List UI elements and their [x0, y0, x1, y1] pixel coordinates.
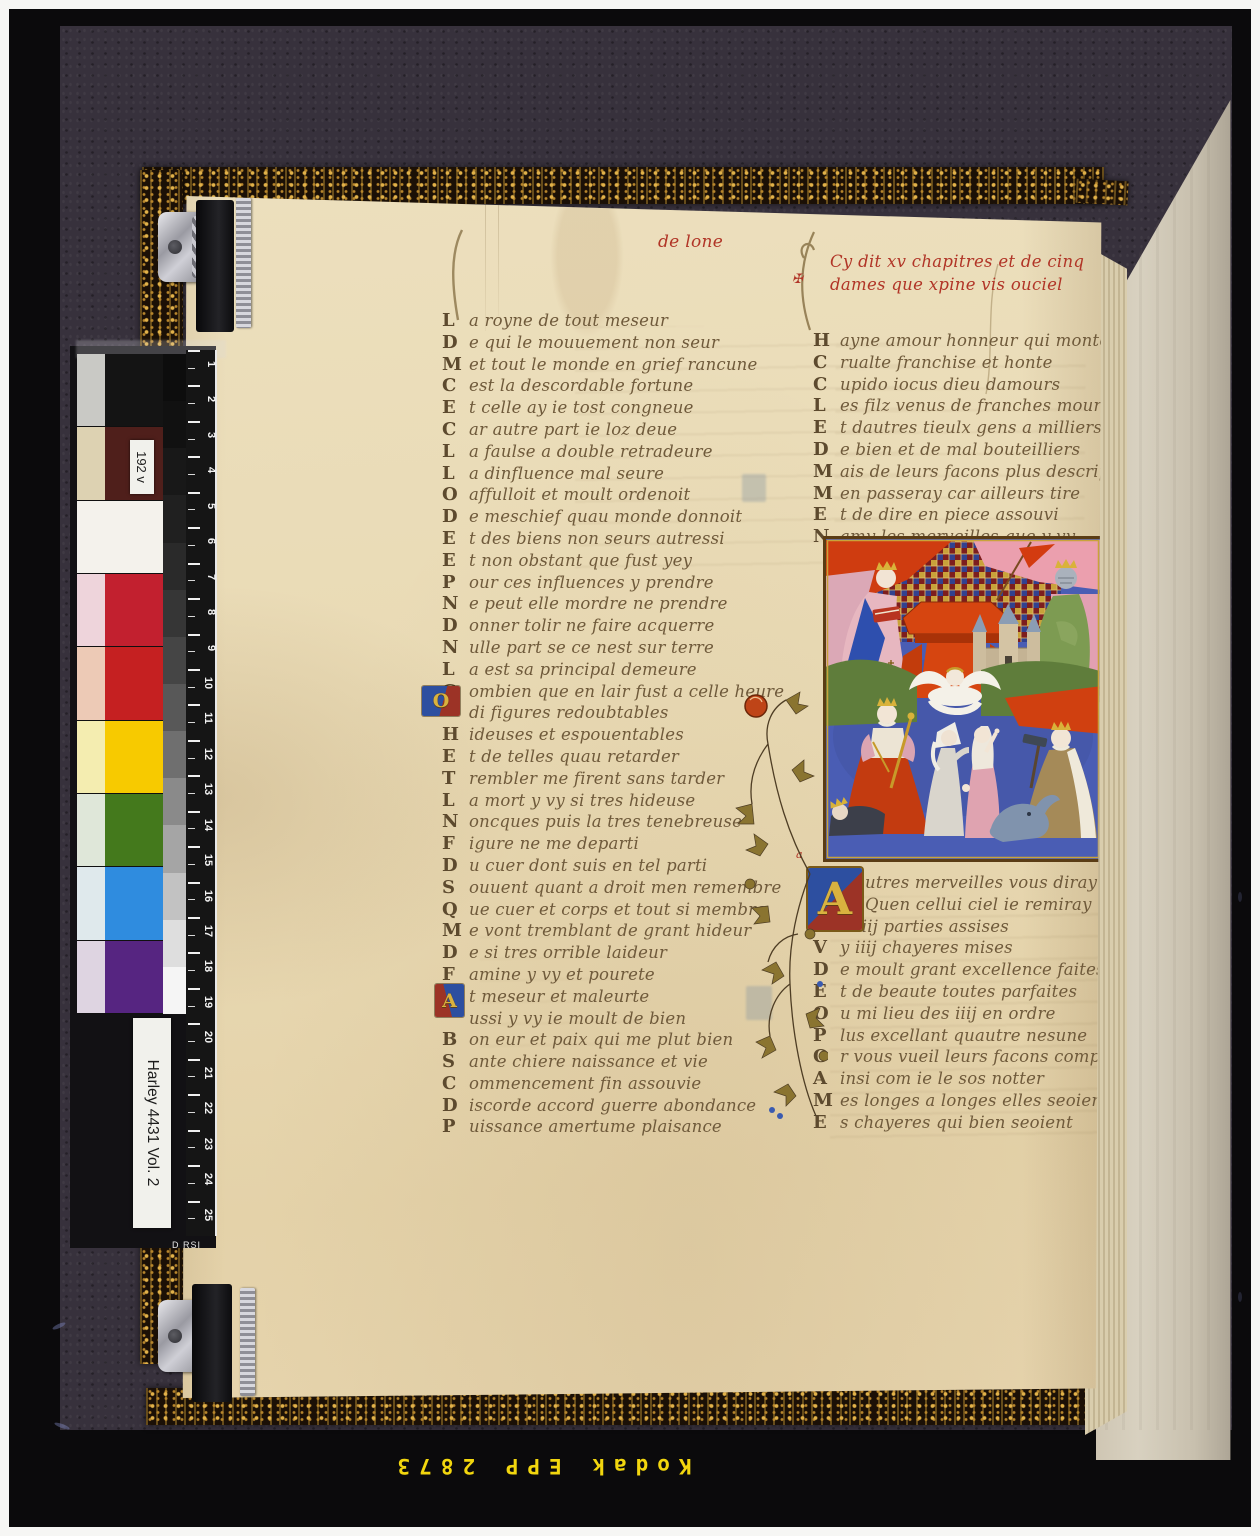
greyscale-step — [163, 684, 186, 731]
verse-text: e bien et de mal bouteilliers — [840, 439, 1080, 461]
verse-initial: L — [442, 310, 469, 332]
verse-initial: N — [442, 637, 469, 659]
verse-line: Crualte franchise et honte — [813, 352, 1103, 374]
ruler-unit: 23 — [186, 1130, 215, 1165]
verse-initial: S — [442, 877, 469, 899]
verse-initial: C — [442, 375, 469, 397]
verse-initial: D — [442, 942, 469, 964]
shelfmark-label: Harley 4431 Vol. 2 — [133, 1018, 171, 1228]
ruler-number: 20 — [202, 1031, 214, 1043]
verse-text: utres merveilles vous diray — [865, 872, 1097, 894]
verse-line: Car autre part ie loz deue — [442, 419, 802, 441]
ruler-footer-label: D RSI — [172, 1240, 201, 1250]
ruler-number: 4 — [205, 467, 217, 473]
verse-initial: M — [813, 461, 840, 483]
ruler-number: 13 — [202, 783, 214, 795]
verse-line: Nulle part se ce nest sur terre — [442, 637, 802, 659]
verse-text: es filz venus de franches mours — [840, 395, 1110, 417]
verse-initial: D — [442, 1095, 469, 1117]
greyscale-step — [163, 401, 186, 448]
verse-line: Et non obstant que fust yey — [442, 550, 802, 572]
color-patch-pale — [77, 647, 105, 720]
ruler-unit: 22 — [186, 1094, 215, 1129]
verse-line: Et dautres tieulx gens a milliers — [813, 417, 1103, 439]
verse-text: di figures redoubtables — [469, 702, 669, 724]
verse-initial: D — [813, 439, 840, 461]
verse-initial: D — [442, 615, 469, 637]
ruler-number: 12 — [202, 748, 214, 760]
verse-text: our ces influences y prendre — [469, 572, 714, 594]
greyscale-step — [163, 778, 186, 825]
ruler-number: 7 — [205, 574, 217, 580]
verse-text: ante chiere naissance et vie — [469, 1051, 708, 1073]
verse-text: a dinfluence mal seure — [469, 463, 664, 485]
ruler-unit: 2 — [186, 385, 215, 420]
page-clip-bottom-bar — [240, 1288, 255, 1396]
ruler-unit: 12 — [186, 740, 215, 775]
verse-line: Vy iiij chayeres mises — [813, 937, 1103, 959]
verse-line: De meschief quau monde donnoit — [442, 506, 802, 528]
verse-text: upido iocus dieu damours — [840, 374, 1060, 396]
color-patch-vivid — [105, 794, 163, 867]
verse-text: igure ne me departi — [469, 833, 639, 855]
ruler-unit: 6 — [186, 527, 215, 562]
ruler-unit: 7 — [186, 563, 215, 598]
verse-text: n iiij parties assises — [840, 916, 1009, 938]
color-patch-vivid — [105, 501, 163, 574]
verse-line: Ou mi lieu des iiij en ordre — [813, 1003, 1103, 1025]
verse-initial: B — [442, 1029, 469, 1051]
verse-text: ideuses et espouentables — [469, 724, 684, 746]
ruler: 1234567891011121314151617181920212223242… — [186, 350, 217, 1236]
ruler-unit: 4 — [186, 456, 215, 491]
ruler-unit: 25 — [186, 1201, 215, 1236]
verse-text: rembler me firent sans tarder — [469, 768, 724, 790]
verse-initial: M — [442, 920, 469, 942]
verse-text: t des biens non seurs autressi — [469, 528, 725, 550]
ruler-number: 3 — [205, 432, 217, 438]
verse-text: e peut elle mordre ne prendre — [469, 593, 728, 615]
verse-text: r vous vueil leurs facons compter — [840, 1046, 1125, 1068]
verse-text: oncques puis la tres tenebreuse — [469, 811, 742, 833]
verse-line: Et de beaute toutes parfaites — [813, 981, 1103, 1003]
verse-line: Cest la descordable fortune — [442, 375, 802, 397]
verse-text: t meseur et maleurte — [469, 986, 649, 1008]
verse-text: e qui le mouuement non seur — [469, 332, 719, 354]
film-edge-mark — [1238, 1292, 1242, 1302]
crown-icon — [877, 697, 897, 706]
verse-line: Mais de leurs facons plus descripre — [813, 461, 1103, 483]
verse-line: La royne de tout meseur — [442, 310, 802, 332]
page-clip-bottom-strap — [192, 1284, 232, 1402]
verse-initial: T — [442, 768, 469, 790]
ruler-unit: 15 — [186, 846, 215, 881]
crown-icon — [1051, 721, 1071, 730]
verse-text: insi com ie le sos notter — [840, 1068, 1044, 1090]
verse-text: t dautres tieulx gens a milliers — [840, 417, 1102, 439]
verse-initial: E — [813, 417, 840, 439]
color-patch-vivid — [105, 574, 163, 647]
verse-initial: C — [813, 352, 840, 374]
verse-text: e moult grant excellence faites — [840, 959, 1105, 981]
ruler-number: 8 — [205, 609, 217, 615]
verse-text: onner tolir ne faire acquerre — [469, 615, 714, 637]
verse-text: affulloit et moult ordenoit — [469, 484, 690, 506]
greyscale-step — [163, 967, 186, 1014]
verse-initial: P — [442, 572, 469, 594]
verse-text: t celle ay ie tost congneue — [469, 397, 694, 419]
verse-text: rualte franchise et honte — [840, 352, 1053, 374]
verse-initial: E — [442, 550, 469, 572]
verse-text: s chayeres qui bien seoient — [840, 1112, 1073, 1134]
verse-text: t non obstant que fust yey — [469, 550, 692, 572]
verse-text: a royne de tout meseur — [469, 310, 668, 332]
verse-initial: C — [442, 419, 469, 441]
folio-sticker: 192 v — [130, 440, 154, 494]
verse-initial: H — [813, 330, 840, 352]
verse-initial: Q — [442, 899, 469, 921]
verse-initial: D — [442, 332, 469, 354]
greyscale-step — [163, 354, 186, 401]
ruler-unit: 1 — [186, 350, 215, 385]
verse-line: Et de dire en piece assouvi — [813, 504, 1103, 526]
verse-initial: F — [442, 833, 469, 855]
color-patch-vivid — [105, 354, 163, 427]
verse-text: iscorde accord guerre abondance — [469, 1095, 756, 1117]
verse-initial: E — [442, 746, 469, 768]
color-patch-pale — [77, 354, 105, 427]
ruler-number: 2 — [205, 396, 217, 402]
verse-line: Mes longes a longes elles seoient — [813, 1090, 1103, 1112]
greyscale-step — [163, 448, 186, 495]
verse-line: De moult grant excellence faites — [813, 959, 1103, 981]
verse-text: t de telles quau retarder — [469, 746, 679, 768]
verse-line: La dinfluence mal seure — [442, 463, 802, 485]
verse-line: Plus excellant quautre nesune — [813, 1025, 1103, 1047]
verse-text: ommencement fin assouvie — [469, 1073, 701, 1095]
photographic-plate: de lone ✠ Cy dit xv chapitres et de cinq… — [0, 0, 1260, 1536]
color-patch-pale — [77, 941, 105, 1014]
ruler-number: 10 — [202, 677, 214, 689]
color-patch-vivid — [105, 941, 163, 1014]
color-patch-vivid — [105, 867, 163, 940]
verse-line: Or vous vueil leurs facons compter — [813, 1046, 1103, 1068]
page-clip-top-strap — [196, 200, 234, 332]
ruler-number: 5 — [205, 503, 217, 509]
binding-gold-corner — [1075, 179, 1128, 206]
verse-initial: L — [442, 441, 469, 463]
ruler-unit: 20 — [186, 1023, 215, 1058]
verse-text: ayne amour honneur qui monte — [840, 330, 1109, 352]
verse-initial: O — [442, 484, 469, 506]
verse-line: Les filz venus de franches mours — [813, 395, 1103, 417]
verse-initial: H — [442, 724, 469, 746]
color-patch-pale — [77, 867, 105, 940]
ruler-number: 16 — [202, 889, 214, 901]
color-patch-pale — [77, 501, 105, 574]
verse-text: ar autre part ie loz deue — [469, 419, 677, 441]
ruler-number: 11 — [202, 713, 214, 725]
verse-initial: C — [813, 374, 840, 396]
page-clip-top-bar — [236, 198, 251, 328]
verse-initial: N — [442, 593, 469, 615]
ruler-unit: 24 — [186, 1165, 215, 1200]
verse-initial: M — [442, 354, 469, 376]
chapter-rubric-line2: dames que xpine vis ouciel — [830, 275, 1063, 294]
verse-text: y iiij chayeres mises — [840, 937, 1013, 959]
ruler-number: 23 — [202, 1138, 214, 1150]
verse-text: a mort y vy si tres hideuse — [469, 790, 695, 812]
chapter-rubric-line1: Cy dit xv chapitres et de cinq — [830, 252, 1084, 271]
verse-line: Ne peut elle mordre ne prendre — [442, 593, 802, 615]
verse-text: e vont tremblant de grant hideur — [469, 920, 751, 942]
verse-text: est la descordable fortune — [469, 375, 693, 397]
verse-text: ais de leurs facons plus descripre — [840, 461, 1128, 483]
ruler-unit: 8 — [186, 598, 215, 633]
rubric-cross-icon: ✠ — [792, 272, 803, 287]
verse-initial: C — [442, 1073, 469, 1095]
verse-initial: E — [813, 504, 840, 526]
verse-initial: M — [813, 483, 840, 505]
illuminated-initial-small: A — [435, 984, 464, 1017]
greyscale-strip — [163, 354, 186, 1014]
verse-initial: S — [442, 1051, 469, 1073]
ruler-number: 14 — [202, 819, 214, 831]
color-patch-pale — [77, 427, 105, 500]
color-patch-pale — [77, 721, 105, 794]
verse-text: ue cuer et corps et tout si membre — [469, 899, 766, 921]
verse-line: Et des biens non seurs autressi — [442, 528, 802, 550]
ruler-unit: 11 — [186, 704, 215, 739]
ruler-unit: 9 — [186, 634, 215, 669]
ruler-number: 19 — [202, 996, 214, 1008]
ruler-number: 6 — [205, 538, 217, 544]
color-patch-vivid — [105, 721, 163, 794]
ruler-unit: 19 — [186, 988, 215, 1023]
ruler-number: 17 — [202, 925, 214, 937]
verse-line: Es chayeres qui bien seoient — [813, 1112, 1103, 1134]
verse-text: ussi y vy ie moult de bien — [469, 1008, 686, 1030]
verse-text: u mi lieu des iiij en ordre — [840, 1003, 1056, 1025]
ivy-border-decoration — [728, 684, 828, 1124]
verse-line: Pour ces influences y prendre — [442, 572, 802, 594]
verse-initial: L — [442, 790, 469, 812]
greyscale-step — [163, 543, 186, 590]
film-edge-mark — [1238, 892, 1242, 902]
verse-initial: F — [442, 964, 469, 986]
miniature — [823, 536, 1103, 862]
verse-text: t de beaute toutes parfaites — [840, 981, 1077, 1003]
binding-gold-edge-top — [142, 167, 1104, 204]
ruler-number: 9 — [205, 644, 217, 650]
ruler-unit: 16 — [186, 882, 215, 917]
verse-text: es longes a longes elles seoient — [840, 1090, 1109, 1112]
verse-text: Quen cellui ciel ie remiray — [865, 894, 1092, 916]
verse-line: La est sa principal demeure — [442, 659, 802, 681]
ruler-number: 15 — [202, 854, 214, 866]
greyscale-step — [163, 825, 186, 872]
ruler-number: 25 — [202, 1208, 214, 1220]
verse-initial: E — [442, 528, 469, 550]
ruler-unit: 5 — [186, 492, 215, 527]
verse-line: Met tout le monde en grief rancune — [442, 354, 802, 376]
verse-text: et tout le monde en grief rancune — [469, 354, 757, 376]
ruler-unit: 18 — [186, 952, 215, 987]
verse-line: La faulse a double retradeure — [442, 441, 802, 463]
verse-text: a est sa principal demeure — [469, 659, 697, 681]
verse-initial: L — [813, 395, 840, 417]
verse-line: Cupido iocus dieu damours — [813, 374, 1103, 396]
ruler-unit: 17 — [186, 917, 215, 952]
verse-line: De qui le mouuement non seur — [442, 332, 802, 354]
ruler-unit: 3 — [186, 421, 215, 456]
ruler-number: 21 — [202, 1067, 214, 1079]
verse-text: a faulse a double retradeure — [469, 441, 713, 463]
ruler-unit: 13 — [186, 775, 215, 810]
verse-line: Men passeray car ailleurs tire — [813, 483, 1103, 505]
verse-text: ulle part se ce nest sur terre — [469, 637, 714, 659]
greyscale-step — [163, 590, 186, 637]
verse-initial: D — [442, 855, 469, 877]
verse-line: Oaffulloit et moult ordenoit — [442, 484, 802, 506]
color-patch-pale — [77, 574, 105, 647]
ruler-unit: 14 — [186, 811, 215, 846]
ruler-number: 1 — [205, 361, 217, 367]
verse-text: t de dire en piece assouvi — [840, 504, 1059, 526]
color-checker-pale-column — [77, 354, 105, 1014]
verse-initial: N — [442, 811, 469, 833]
verse-text: amine y vy et pourete — [469, 964, 655, 986]
verse-initial: D — [442, 506, 469, 528]
verse-initial: L — [442, 659, 469, 681]
ruler-unit: 10 — [186, 669, 215, 704]
verse-line: De bien et de mal bouteilliers — [813, 439, 1103, 461]
verse-text: lus excellant quautre nesune — [840, 1025, 1087, 1047]
greyscale-step — [163, 920, 186, 967]
verse-text: e si tres orrible laideur — [469, 942, 667, 964]
verse-text: on eur et paix qui me plut bien — [469, 1029, 733, 1051]
verse-line: Et celle ay ie tost congneue — [442, 397, 802, 419]
verse-text: u cuer dont suis en tel parti — [469, 855, 707, 877]
verse-text: en passeray car ailleurs tire — [840, 483, 1080, 505]
verse-line: Hayne amour honneur qui monte — [813, 330, 1103, 352]
verse-initial: E — [442, 397, 469, 419]
crown-icon — [876, 561, 897, 570]
running-title: de lone — [658, 232, 723, 252]
verse-initial: L — [442, 463, 469, 485]
greyscale-step — [163, 495, 186, 542]
ruler-unit: 21 — [186, 1059, 215, 1094]
greyscale-step — [163, 873, 186, 920]
greyscale-step — [163, 637, 186, 684]
verse-text: uissance amertume plaisance — [469, 1116, 722, 1138]
verse-line: Ainsi com ie le sos notter — [813, 1068, 1103, 1090]
manuscript-page: de lone ✠ Cy dit xv chapitres et de cinq… — [180, 196, 1105, 1398]
ruler-number: 18 — [202, 960, 214, 972]
color-patch-pale — [77, 794, 105, 867]
verse-line: Donner tolir ne faire acquerre — [442, 615, 802, 637]
illuminated-initial-small: O — [422, 686, 460, 716]
verse-text: e meschief quau monde donnoit — [469, 506, 742, 528]
right-column-top: Hayne amour honneur qui monteCrualte fra… — [813, 330, 1103, 548]
verse-initial: P — [442, 1116, 469, 1138]
greyscale-step — [163, 731, 186, 778]
film-edge-caption: Kodak EPP 2873 — [340, 1444, 740, 1488]
ruler-number: 22 — [202, 1102, 214, 1114]
color-patch-vivid — [105, 647, 163, 720]
ruler-number: 24 — [202, 1173, 214, 1185]
